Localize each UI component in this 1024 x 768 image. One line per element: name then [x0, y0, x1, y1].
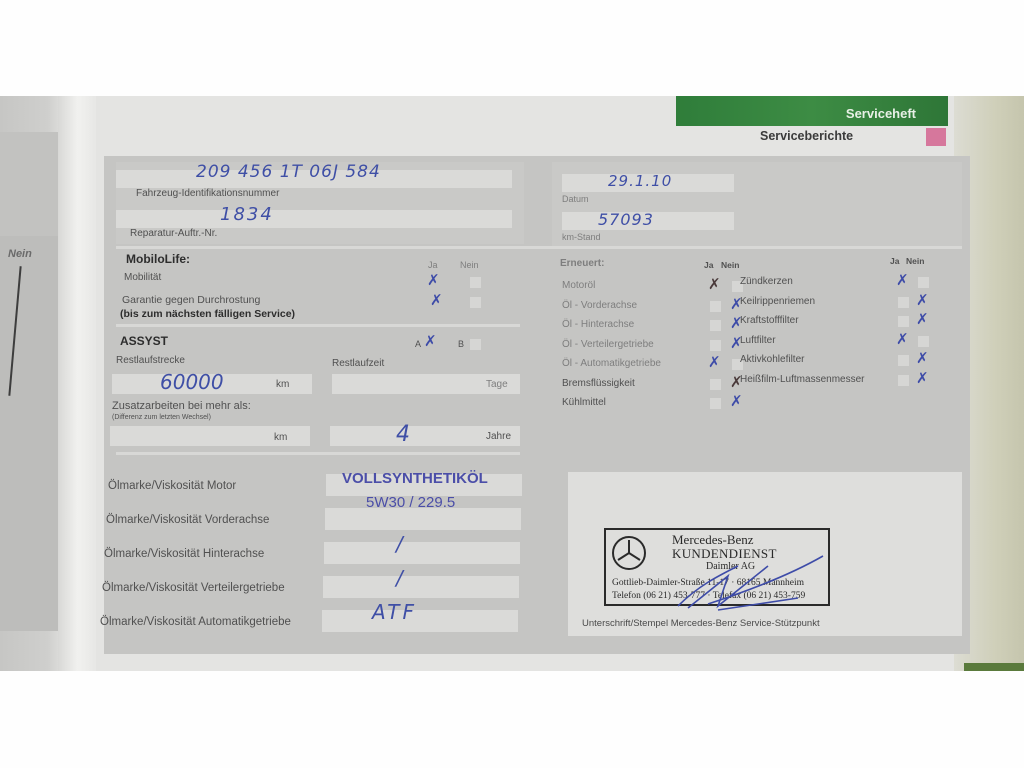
left-page: Nein — [0, 96, 60, 671]
renewed-ja-mark[interactable]: ✗ — [896, 273, 909, 288]
restlaufstrecke-label: Restlaufstrecke — [116, 355, 185, 366]
left-page-panel — [0, 236, 62, 631]
automatic-transmission-oil-value: ATF — [372, 600, 417, 624]
zusatz-km-unit: km — [274, 432, 287, 443]
renewed-ja-checkbox[interactable] — [898, 355, 909, 366]
vin-label: Fahrzeug-Identifikationsnummer — [136, 188, 279, 199]
renewed-ja-checkbox[interactable] — [710, 340, 721, 351]
erneuert-title: Erneuert: — [560, 258, 604, 269]
date-mileage-section: 29.1.10 Datum 57093 km-Stand — [552, 162, 962, 248]
order-label: Reparatur-Auftr.-Nr. — [130, 228, 217, 239]
renewed-ja-mark[interactable]: ✗ — [708, 355, 721, 370]
mobilitaet-ja-mark[interactable]: ✗ — [427, 273, 440, 288]
renewed-ja-checkbox[interactable] — [710, 398, 721, 409]
garantie-label: Garantie gegen Durchrostung — [122, 294, 260, 306]
assyst-option-b-label: B — [458, 339, 464, 349]
mileage-value[interactable]: 57093 — [598, 210, 654, 229]
signature-stamp-area[interactable]: Mercedes-Benz KUNDENDIENST Daimler AG Go… — [568, 472, 962, 636]
service-report-form: 209 456 1T 06J 584 Fahrzeug-Identifikati… — [104, 156, 970, 654]
order-value[interactable]: 1834 — [220, 204, 274, 225]
oil-row-label: Ölmarke/Viskosität Hinterachse — [104, 548, 264, 560]
vehicle-section: 209 456 1T 06J 584 Fahrzeug-Identifikati… — [116, 162, 524, 244]
renewed-nein-mark[interactable]: ✗ — [916, 312, 929, 327]
page-fold — [58, 96, 102, 671]
renewed-ja-checkbox[interactable] — [710, 320, 721, 331]
transfer-case-oil-value: / — [396, 566, 403, 590]
date-value[interactable]: 29.1.10 — [608, 172, 672, 190]
renewed-ja-checkbox[interactable] — [898, 375, 909, 386]
oil-row-label: Ölmarke/Viskosität Verteilergetriebe — [102, 582, 285, 594]
renewed-item-label: Zündkerzen — [740, 276, 793, 287]
renewed-nein-mark[interactable]: ✗ — [916, 293, 929, 308]
renewed-item-label: Motoröl — [562, 280, 595, 291]
assyst-option-a-label: A — [415, 339, 421, 349]
renewed-item-label: Bremsflüssigkeit — [562, 378, 635, 389]
service-book-photo: Nein Serviceheft Serviceberichte 209 456… — [0, 96, 1024, 671]
pink-section-marker — [926, 128, 946, 146]
mobilitaet-label: Mobilität — [124, 272, 161, 283]
mobilolife-nein-header: Nein — [460, 260, 479, 270]
zusatz-jahre-unit: Jahre — [486, 431, 511, 442]
garantie-sublabel: (bis zum nächsten fälligen Service) — [120, 308, 295, 320]
garantie-nein-checkbox[interactable] — [470, 297, 481, 308]
serviceheft-tab: Serviceheft — [676, 96, 948, 126]
renewed-ja-checkbox[interactable] — [898, 316, 909, 327]
mobilitaet-nein-checkbox[interactable] — [470, 277, 481, 288]
oil-row-field[interactable] — [325, 508, 521, 530]
restlaufzeit-label: Restlaufzeit — [332, 358, 384, 369]
oil-row-label: Ölmarke/Viskosität Vorderachse — [106, 514, 269, 526]
renewed-nein-mark[interactable]: ✗ — [730, 394, 743, 409]
date-label: Datum — [562, 194, 589, 204]
restlaufstrecke-value: 60000 — [160, 370, 224, 394]
assyst-option-a-mark[interactable]: ✗ — [424, 334, 437, 349]
zusatzarbeiten-note: (Differenz zum letzten Wechsel) — [112, 414, 211, 421]
left-page-box — [0, 132, 60, 236]
signature-label: Unterschrift/Stempel Mercedes-Benz Servi… — [582, 618, 820, 629]
renewed-ja-mark[interactable]: ✗ — [896, 332, 909, 347]
renewed-ja-checkbox[interactable] — [710, 301, 721, 312]
divider-top — [116, 246, 962, 249]
renewed-nein-checkbox[interactable] — [918, 336, 929, 347]
divider-assyst — [116, 452, 520, 455]
oil-row-label: Ölmarke/Viskosität Motor — [108, 480, 236, 492]
zusatz-jahre-value: 4 — [396, 422, 410, 447]
oil-row-field[interactable] — [322, 610, 518, 632]
mobilolife-ja-header: Ja — [428, 260, 438, 270]
renewed-item-label: Öl - Vorderachse — [562, 300, 637, 311]
divider-mobilolife — [116, 324, 520, 327]
mercedes-star-icon — [612, 536, 646, 570]
handwritten-signature — [658, 536, 828, 616]
left-page-nein-label: Nein — [8, 248, 32, 260]
restlaufstrecke-unit: km — [276, 379, 289, 390]
renewed-item-label: Öl - Verteilergetriebe — [562, 339, 654, 350]
renewed-ja-checkbox[interactable] — [710, 379, 721, 390]
zusatzarbeiten-label: Zusatzarbeiten bei mehr als: — [112, 400, 251, 412]
renewed-ja-mark[interactable]: ✗ — [708, 277, 721, 292]
renewed-item-label: Luftfilter — [740, 335, 776, 346]
erneuert-right-ja-header: Ja — [890, 256, 899, 266]
renewed-item-label: Keilrippenriemen — [740, 296, 815, 307]
erneuert-left-ja-header: Ja — [704, 260, 713, 270]
mileage-label: km-Stand — [562, 232, 601, 242]
order-field-bg — [116, 210, 512, 228]
front-axle-oil-stamp: 5W30 / 229.5 — [366, 494, 455, 511]
renewed-item-label: Kühlmittel — [562, 397, 606, 408]
garantie-ja-mark[interactable]: ✗ — [430, 293, 443, 308]
rear-axle-oil-value: / — [396, 532, 403, 556]
renewed-item-label: Öl - Hinterachse — [562, 319, 634, 330]
oil-row-field[interactable] — [324, 542, 520, 564]
renewed-item-label: Aktivkohlefilter — [740, 354, 804, 365]
oil-row-field[interactable] — [323, 576, 519, 598]
motor-oil-stamp: VOLLSYNTHETIKÖL — [342, 470, 488, 487]
erneuert-right-nein-header: Nein — [906, 256, 924, 266]
assyst-option-b-checkbox[interactable] — [470, 339, 481, 350]
renewed-ja-checkbox[interactable] — [898, 297, 909, 308]
renewed-nein-mark[interactable]: ✗ — [916, 351, 929, 366]
renewed-nein-checkbox[interactable] — [918, 277, 929, 288]
erneuert-left-nein-header: Nein — [721, 260, 739, 270]
vin-value[interactable]: 209 456 1T 06J 584 — [196, 162, 381, 182]
renewed-item-label: Heißfilm-Luftmassenmesser — [740, 374, 864, 385]
renewed-nein-mark[interactable]: ✗ — [916, 371, 929, 386]
section-title: Serviceberichte — [760, 129, 853, 143]
assyst-title: ASSYST — [120, 334, 168, 348]
restlaufzeit-unit: Tage — [486, 379, 508, 390]
oil-row-label: Ölmarke/Viskosität Automatikgetriebe — [100, 616, 291, 628]
renewed-item-label: Kraftstofffilter — [740, 315, 799, 326]
renewed-item-label: Öl - Automatikgetriebe — [562, 358, 661, 369]
green-tab-edge — [964, 663, 1024, 671]
mobilolife-title: MobiloLife: — [126, 252, 190, 266]
